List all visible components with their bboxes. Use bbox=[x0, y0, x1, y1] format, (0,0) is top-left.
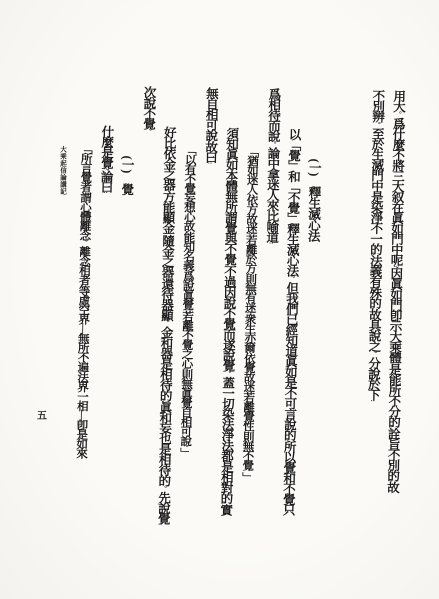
side-punctuation: , bbox=[244, 430, 252, 431]
side-punctuation: : bbox=[268, 241, 276, 243]
side-punctuation: 。 bbox=[243, 469, 251, 472]
side-punctuation: , bbox=[184, 269, 192, 270]
side-punctuation: , bbox=[161, 399, 169, 400]
side-punctuation: : bbox=[102, 191, 110, 193]
side-punctuation: 。 bbox=[162, 320, 170, 327]
side-punctuation: 。 bbox=[145, 128, 153, 135]
side-punctuation: , bbox=[391, 362, 399, 363]
side-punctuation: , bbox=[372, 253, 380, 254]
side-punctuation: , bbox=[285, 439, 293, 440]
side-punctuation: , bbox=[163, 276, 171, 277]
side-punctuation: ; bbox=[164, 232, 172, 234]
side-punctuation: , bbox=[79, 370, 87, 371]
side-punctuation: , bbox=[222, 502, 230, 503]
side-punctuation: 。 bbox=[370, 350, 378, 357]
side-punctuation: , bbox=[371, 307, 379, 308]
text-block: 用大。爲什麼不將三大叙在眞如門中呢?因眞如門卽示大乘體,是能所不分的,詮旨不別的… bbox=[69, 85, 409, 576]
page-number: 五 bbox=[37, 407, 47, 422]
side-punctuation: , bbox=[183, 367, 191, 368]
side-punctuation: , bbox=[247, 272, 255, 273]
side-punctuation: 。 bbox=[81, 239, 89, 246]
side-punctuation: : bbox=[207, 162, 215, 164]
side-punctuation: , bbox=[390, 426, 398, 427]
scanned-book-page: 用大。爲什麼不將三大叙在眞如門中呢?因眞如門卽示大乘體,是能所不分的,詮旨不別的… bbox=[0, 0, 439, 599]
side-punctuation: 。 bbox=[374, 121, 382, 128]
side-punctuation: 。 bbox=[395, 111, 403, 118]
side-punctuation: : bbox=[369, 399, 377, 401]
side-punctuation: 。 bbox=[288, 275, 296, 282]
side-punctuation: 。 bbox=[181, 445, 189, 448]
side-punctuation: , bbox=[81, 190, 89, 191]
side-punctuation: , bbox=[165, 189, 173, 190]
side-punctuation: 。 bbox=[269, 140, 277, 147]
side-punctuation: ; bbox=[247, 232, 255, 234]
side-punctuation: ; bbox=[246, 311, 254, 313]
side-punctuation: , bbox=[245, 351, 253, 352]
side-punctuation: 。 bbox=[160, 485, 168, 492]
side-punctuation: ; bbox=[184, 308, 192, 310]
side-punctuation: , bbox=[80, 284, 88, 285]
side-punctuation: ? bbox=[103, 167, 111, 170]
side-punctuation: , bbox=[207, 139, 215, 140]
running-title: 大乘起信論講記 bbox=[58, 146, 67, 195]
side-punctuation: , bbox=[185, 230, 193, 231]
side-punctuation: , bbox=[245, 390, 253, 391]
side-punctuation: ? bbox=[392, 264, 400, 267]
side-punctuation: , bbox=[248, 193, 256, 194]
side-punctuation: , bbox=[226, 264, 234, 265]
side-punctuation: 。 bbox=[224, 370, 232, 377]
side-punctuation: , bbox=[389, 480, 397, 481]
side-punctuation: , bbox=[159, 523, 167, 524]
